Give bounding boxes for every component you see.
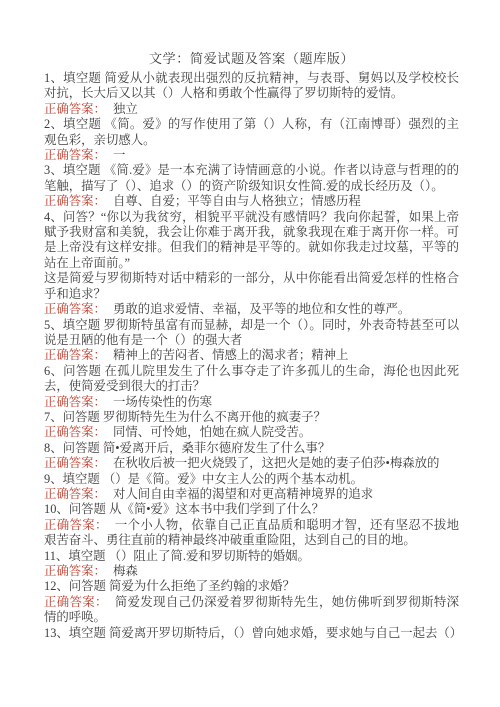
answer-text: 勇敢的追求爱情、幸福，及平等的地位和女性的尊严。 bbox=[113, 302, 410, 316]
answer-label: 正确答案： bbox=[44, 194, 106, 208]
answer-paragraph: 正确答案：同情、可怜她，怕她在疯人院受苦。 bbox=[44, 425, 459, 440]
answer-text: 独立 bbox=[113, 102, 138, 116]
question-paragraph: 这是简爱与罗彻斯特对话中精彩的一部分，从中你能看出简爱怎样的性格合乎和追求？ bbox=[44, 271, 459, 302]
answer-label: 正确答案： bbox=[44, 102, 106, 116]
answer-paragraph: 正确答案：简爱发现自己仍深爱着罗彻斯特先生，她仿佛听到罗彻斯特深情的呼唤。 bbox=[44, 595, 459, 626]
answer-label: 正确答案： bbox=[44, 302, 106, 316]
question-paragraph: 2、填空题 《简。爱》的写作使用了第（）人称，有（江南博哥）强烈的主观色彩，亲切… bbox=[44, 117, 459, 148]
answer-label: 正确答案： bbox=[44, 425, 106, 439]
question-paragraph: 5、填空题 罗彻斯特虽富有而显赫，却是一个（）。同时，外表奇特甚至可以说是丑陋的… bbox=[44, 318, 459, 349]
answer-paragraph: 正确答案：独立 bbox=[44, 102, 459, 117]
answer-text: 同情、可怜她，怕她在疯人院受苦。 bbox=[113, 425, 311, 439]
answer-label: 正确答案： bbox=[44, 348, 106, 362]
question-paragraph: 3、填空题 《简.爱》是一本充满了诗情画意的小说。作者以诗意与哲理的的笔触，描写… bbox=[44, 163, 459, 194]
answer-text: 梅森 bbox=[113, 564, 138, 578]
answer-text: 一 bbox=[113, 148, 125, 162]
answer-paragraph: 正确答案：一 bbox=[44, 148, 459, 163]
answer-label: 正确答案： bbox=[44, 395, 106, 409]
answer-paragraph: 正确答案：在秋收后被一把火烧毁了，这把火是她的妻子伯莎•梅森放的 bbox=[44, 456, 459, 471]
question-paragraph: 7、问答题 罗彻斯特先生为什么不离开他的疯妻子？ bbox=[44, 410, 459, 425]
answer-label: 正确答案： bbox=[44, 564, 106, 578]
answer-paragraph: 正确答案：勇敢的追求爱情、幸福，及平等的地位和女性的尊严。 bbox=[44, 302, 459, 317]
answer-text: 自尊、自爱；平等自由与人格独立；情感历程 bbox=[113, 194, 361, 208]
answer-label: 正确答案： bbox=[44, 595, 108, 609]
question-paragraph: 10、问答题 从《简•爱》这本书中我们学到了什么？ bbox=[44, 502, 459, 517]
document-page: 文学：简爱试题及答案（题库版） 1、填空题 简爱从小就表现出强烈的反抗精神，与表… bbox=[0, 0, 500, 707]
answer-text: 精神上的苦闷者、情感上的渴求者；精神上 bbox=[113, 348, 348, 362]
question-paragraph: 11、填空题 （）阻止了简.爱和罗切斯特的婚姻。 bbox=[44, 549, 459, 564]
answer-paragraph: 正确答案：自尊、自爱；平等自由与人格独立；情感历程 bbox=[44, 194, 459, 209]
answer-label: 正确答案： bbox=[44, 518, 108, 532]
answer-text: 一场传染性的伤寒 bbox=[113, 395, 212, 409]
question-paragraph: 13、填空题 简爱离开罗切斯特后，（）曾向她求婚，要求她与自己一起去（） bbox=[44, 626, 459, 641]
answer-paragraph: 正确答案：对人间自由幸福的渴望和对更高精神境界的追求 bbox=[44, 487, 459, 502]
answer-paragraph: 正确答案：一场传染性的伤寒 bbox=[44, 395, 459, 410]
answer-paragraph: 正确答案：梅森 bbox=[44, 564, 459, 579]
question-paragraph: 1、填空题 简爱从小就表现出强烈的反抗精神，与表哥、舅妈以及学校校长对抗，长大后… bbox=[44, 71, 459, 102]
answer-paragraph: 正确答案：精神上的苦闷者、情感上的渴求者；精神上 bbox=[44, 348, 459, 363]
answer-label: 正确答案： bbox=[44, 487, 106, 501]
question-paragraph: 12、问答题 简爱为什么拒绝了圣约翰的求婚？ bbox=[44, 579, 459, 594]
question-paragraph: 8、问答题 简•爱离开后，桑菲尔德府发生了什么事？ bbox=[44, 441, 459, 456]
answer-text: 在秋收后被一把火烧毁了，这把火是她的妻子伯莎•梅森放的 bbox=[113, 456, 440, 470]
question-paragraph: 6、问答题 在孤儿院里发生了什么事夺走了许多孤儿的生命，海伦也因此死去，使简爱受… bbox=[44, 364, 459, 395]
question-paragraph: 4、问答？“你以为我贫穷，相貌平平就没有感情吗？我向你起誓，如果上帝赋予我财富和… bbox=[44, 210, 459, 272]
question-paragraph: 9、填空题 （）是《简。爱》中女主人公的两个基本动机。 bbox=[44, 472, 459, 487]
answer-text: 对人间自由幸福的渴望和对更高精神境界的追求 bbox=[113, 487, 373, 501]
document-body: 1、填空题 简爱从小就表现出强烈的反抗精神，与表哥、舅妈以及学校校长对抗，长大后… bbox=[44, 71, 459, 641]
document-title: 文学：简爱试题及答案（题库版） bbox=[44, 50, 459, 67]
answer-paragraph: 正确答案：一个小人物，依靠自己正直品质和聪明才智，还有坚忍不拔地艰苦奋斗、勇往直… bbox=[44, 518, 459, 549]
answer-label: 正确答案： bbox=[44, 148, 106, 162]
answer-label: 正确答案： bbox=[44, 456, 106, 470]
